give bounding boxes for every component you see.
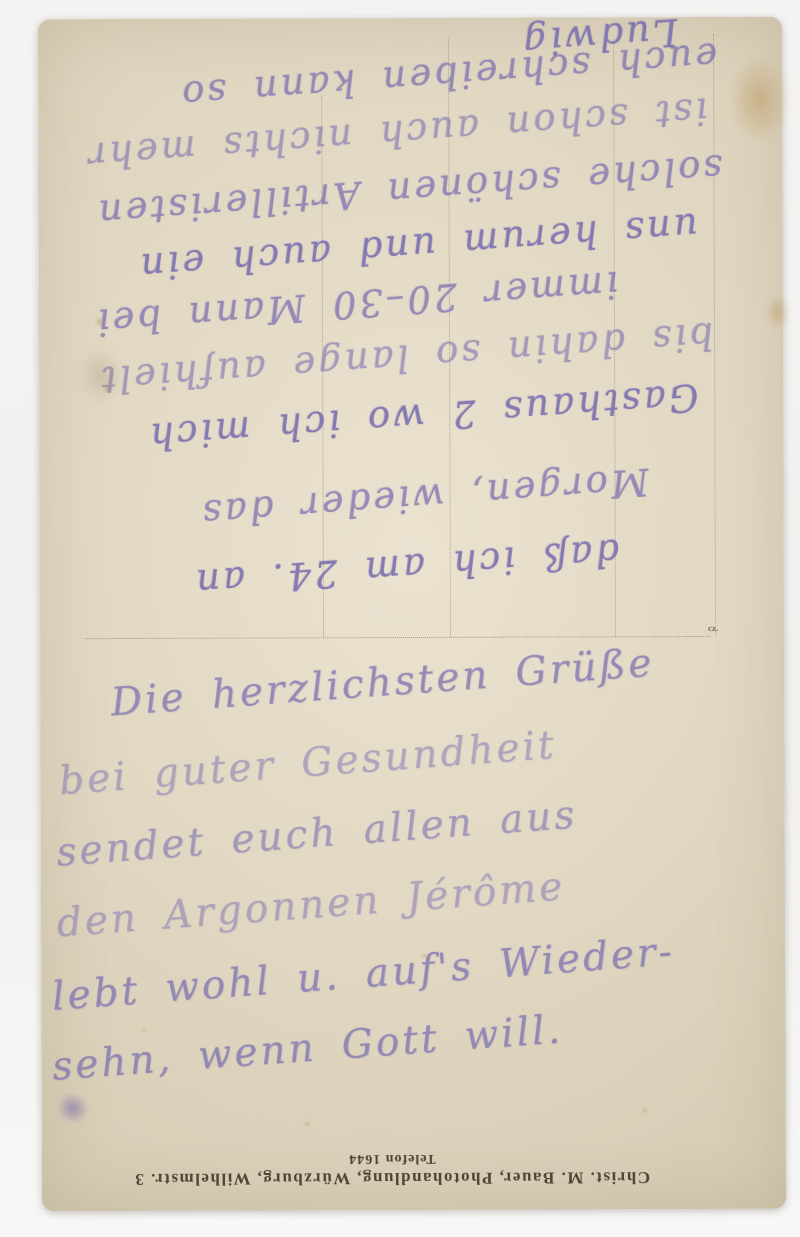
handwritten-line-top-1: daß ich am 24. an <box>139 531 621 609</box>
handwritten-line-bottom-2: bei guter Gesundheit <box>58 721 580 804</box>
foxing-spot <box>304 1120 311 1127</box>
postcard: cz. Ludwig euch schreiben kann so ist sc… <box>38 17 786 1212</box>
scan-background: cz. Ludwig euch schreiben kann so ist sc… <box>0 0 800 1237</box>
handwritten-line-top-2: Morgen, wieder das <box>89 460 651 544</box>
paper-stain-right <box>767 295 789 331</box>
publisher-imprint: Christ. M. Bauer, Photohandlung, Würzbur… <box>57 1167 727 1189</box>
handwritten-line-bottom-1: Die herzlichsten Grüße <box>109 644 611 725</box>
telefon-imprint: Telefon 1644 <box>292 1150 492 1167</box>
foxing-spot <box>642 1107 648 1113</box>
paper-stain-top-right <box>728 55 790 145</box>
printer-mark: cz. <box>708 623 718 633</box>
fold-guide-line-4 <box>713 34 716 636</box>
message-divider-line <box>85 636 710 639</box>
handwritten-line-bottom-3: sendet euch allen aus <box>55 790 617 876</box>
ink-smear-bottom-left <box>50 1086 95 1131</box>
foxing-spot <box>141 1027 146 1032</box>
